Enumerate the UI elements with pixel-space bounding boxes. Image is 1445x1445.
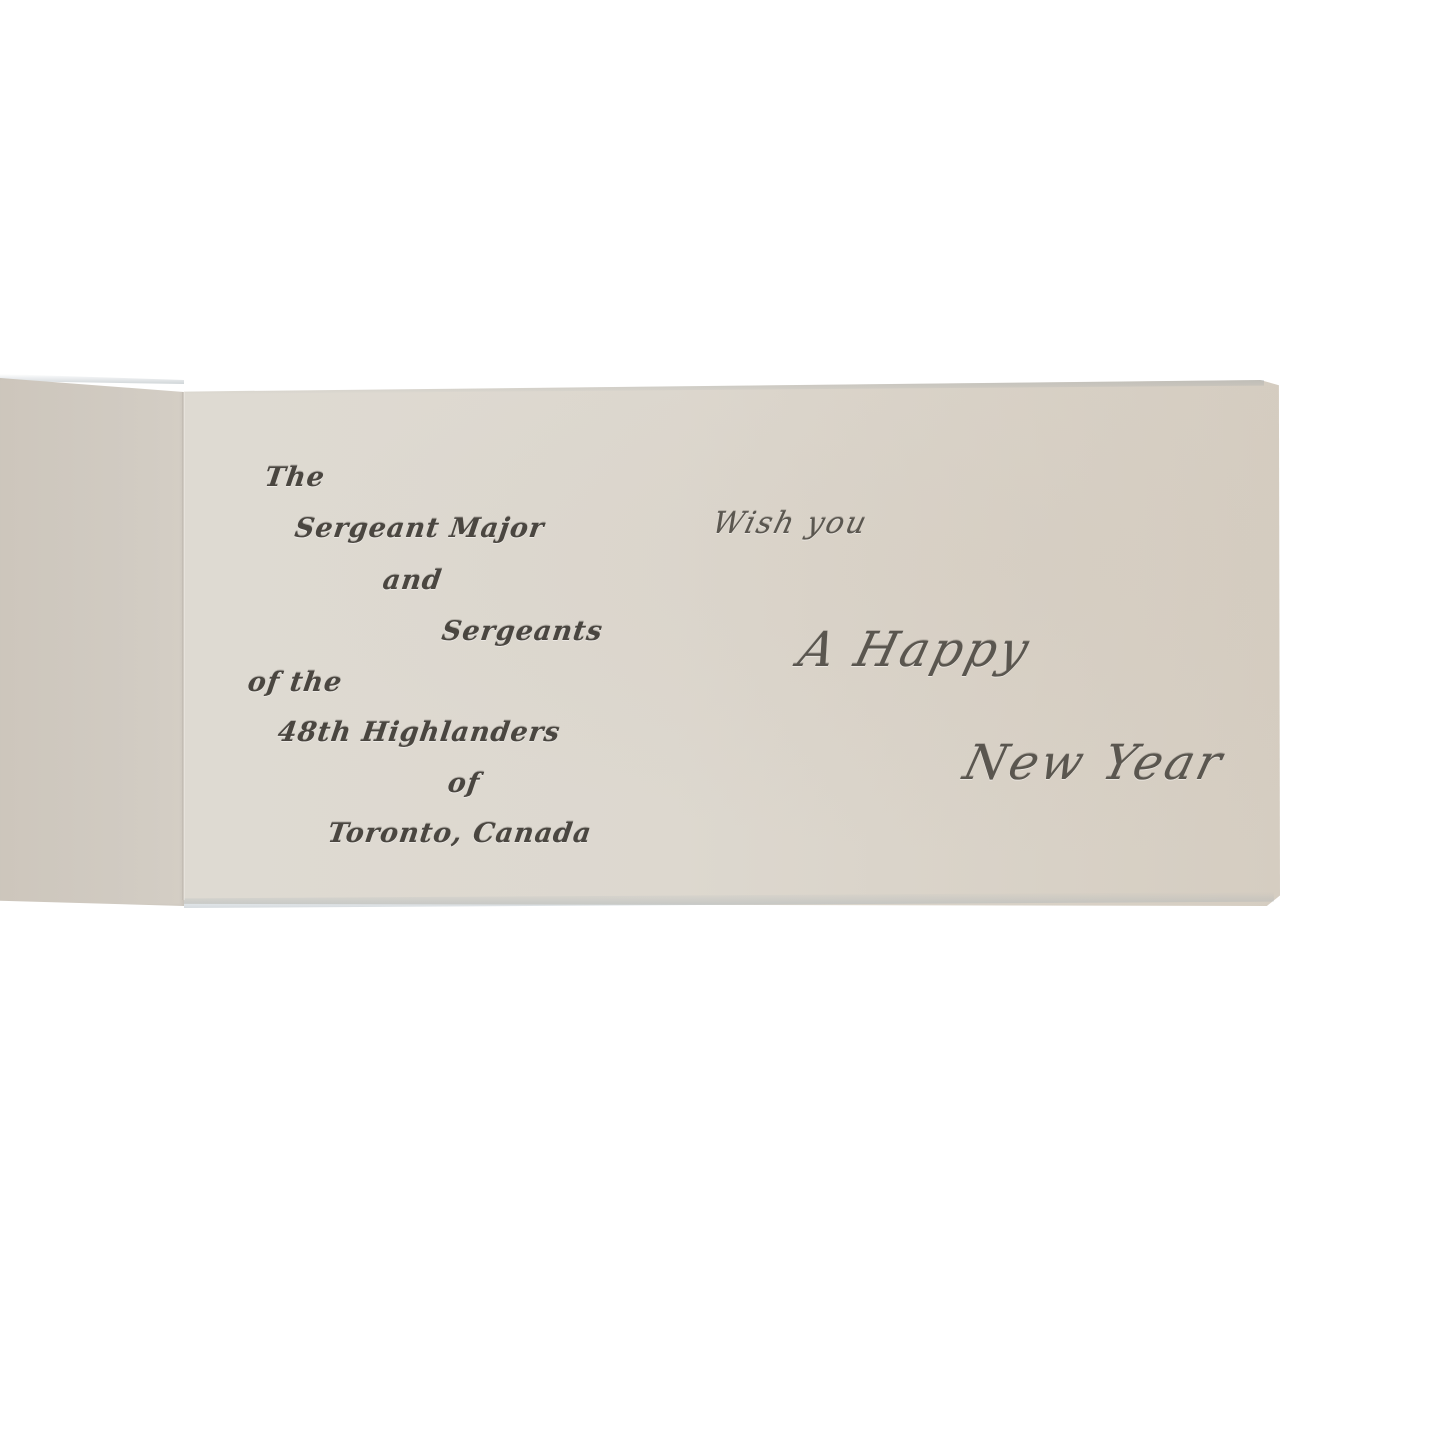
card-fold-crease bbox=[182, 392, 185, 900]
sender-line-regiment: 48th Highlanders bbox=[276, 717, 563, 748]
greeting-line-happy: A Happy bbox=[793, 622, 1037, 678]
greeting-line-new-year: New Year bbox=[958, 735, 1230, 791]
sender-line-and: and bbox=[381, 565, 444, 596]
sender-line-the: The bbox=[263, 462, 327, 493]
sender-line-location: Toronto, Canada bbox=[326, 818, 594, 849]
card-left-panel bbox=[0, 378, 184, 906]
sender-line-of: of bbox=[446, 768, 482, 799]
sender-line-of-the: of the bbox=[246, 667, 345, 698]
sender-line-sergeant-major: Sergeant Major bbox=[293, 513, 547, 544]
greeting-intro: Wish you bbox=[709, 506, 872, 541]
photo-stage: The Sergeant Major and Sergeants of the … bbox=[0, 0, 1445, 1445]
sender-line-sergeants: Sergeants bbox=[440, 616, 605, 647]
